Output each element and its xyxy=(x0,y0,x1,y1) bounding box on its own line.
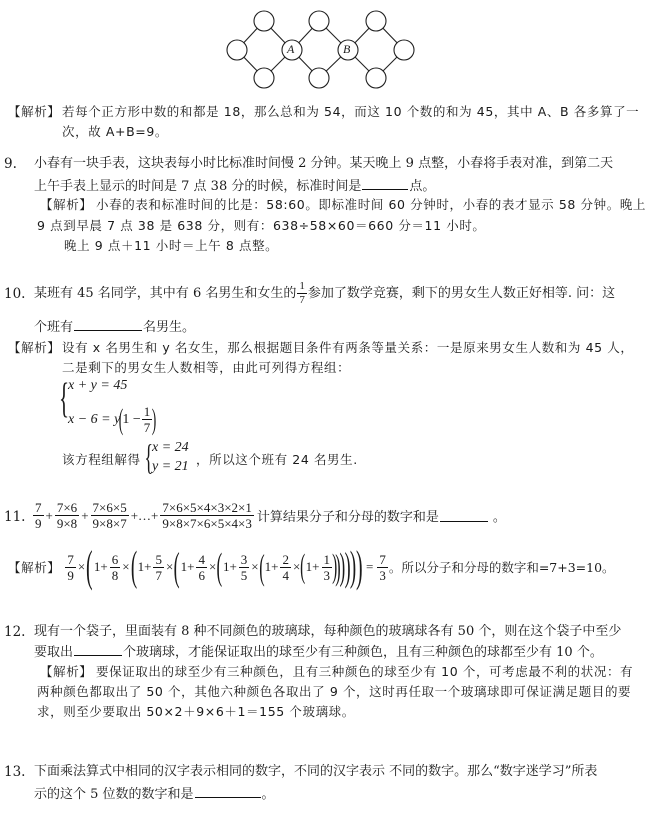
fraction: 68 xyxy=(110,552,121,583)
fraction-denominator: 7 xyxy=(297,294,307,307)
series-expression: 79 + 7×69×8 + 7×6×59×8×7 +…+ 7×6×5×4×3×2… xyxy=(32,500,506,531)
question-text-part: 个班有 xyxy=(34,320,73,335)
solution-conclusion: ，所以这个班有 24 名男生. xyxy=(196,450,358,468)
fraction-numerator: 7 xyxy=(377,552,388,568)
plus-sign: + xyxy=(46,508,53,524)
answer-blank[interactable] xyxy=(74,318,142,331)
fraction-denominator: 8 xyxy=(110,568,121,583)
left-paren: ( xyxy=(119,405,124,435)
analysis-label: 【解析】 xyxy=(8,104,60,120)
answer-blank[interactable] xyxy=(195,785,261,798)
analysis-line: 要保证取出的球至少有三种颜色，且有三种颜色的球至少有 10 个，可考虑最不利的状… xyxy=(96,664,633,680)
one: 1+ xyxy=(223,559,237,575)
fraction: 35 xyxy=(239,552,250,583)
question-text: 个班有名男生。 xyxy=(34,318,195,336)
fraction: 73 xyxy=(377,552,388,583)
solution-y: y = 21 xyxy=(152,459,189,475)
question-number: 13. xyxy=(4,764,25,780)
fraction-numerator: 6 xyxy=(110,552,121,568)
fraction-denominator: 6 xyxy=(196,568,207,583)
fraction-denominator: 7 xyxy=(153,568,164,583)
question-text: 示的这个 5 位数的数字和是。 xyxy=(34,785,275,803)
one: 1+ xyxy=(306,559,320,575)
analysis-label: 【解析】 xyxy=(40,664,92,680)
fraction-denominator: 9×8×7×6×5×4×3 xyxy=(160,516,254,531)
fraction: 57 xyxy=(153,552,164,583)
question-text: 要取出个玻璃球，才能保证取出的球至少有三种颜色，且有三种颜色的球都至少有 10 … xyxy=(34,643,603,661)
analysis-line: 求，则至少要取出 50×2＋9×6＋1＝155 个玻璃球。 xyxy=(37,704,355,720)
equation: x + y = 45 xyxy=(68,378,127,394)
fraction-denominator: 9 xyxy=(65,568,76,583)
fraction: 79 xyxy=(65,552,76,583)
fraction: 17 xyxy=(297,280,307,307)
question-text: 上午手表上显示的时间是 7 点 38 分的时候，标准时间是点。 xyxy=(34,177,435,195)
question-text-part: 某班有 45 名同学，其中有 6 名男生和女生的 xyxy=(34,286,296,301)
equation: x − 6 = y ( 1 − 17 ) xyxy=(68,404,155,435)
times-sign: × xyxy=(78,559,85,575)
fraction-denominator: 9×8×7 xyxy=(91,516,129,531)
fraction-denominator: 3 xyxy=(322,568,333,583)
times-sign: × xyxy=(251,559,258,575)
right-paren: ) xyxy=(152,405,157,435)
solution-line: 该方程组解得 { x = 24 y = 21 ，所以这个班有 24 名男生. xyxy=(62,438,462,478)
one: 1+ xyxy=(265,559,279,575)
answer-blank[interactable] xyxy=(74,643,122,656)
analysis-label: 【解析】 xyxy=(8,558,60,576)
fraction-denominator: 3 xyxy=(377,568,388,583)
times-sign: × xyxy=(166,559,173,575)
question-text-part: 个玻璃球，才能保证取出的球至少有三种颜色，且有三种颜色的球都至少有 10 个。 xyxy=(123,645,603,660)
question-text-part: 上午手表上显示的时间是 7 点 38 分的时候，标准时间是 xyxy=(34,179,361,194)
fraction-numerator: 1 xyxy=(297,280,307,294)
question-text: 现有一个袋子，里面装有 8 种不同颜色的玻璃球，每种颜色的玻璃球各有 50 个，… xyxy=(34,624,621,640)
question-text-part: 点。 xyxy=(409,179,435,194)
fraction-numerator: 7 xyxy=(65,552,76,568)
analysis-line: 若每个正方形中数的和都是 18，那么总和为 54，而这 10 个数的和为 45，… xyxy=(62,104,639,120)
fraction-numerator: 7 xyxy=(33,500,44,516)
diagram-label-b: B xyxy=(343,42,350,57)
times-sign: × xyxy=(122,559,129,575)
analysis-label: 【解析】 xyxy=(8,340,60,356)
question-text-part: 。 xyxy=(262,787,275,802)
fraction-denominator: 7 xyxy=(142,420,153,435)
answer-blank[interactable] xyxy=(440,509,488,522)
question-text-part: 要取出 xyxy=(34,645,73,660)
fraction-numerator: 1 xyxy=(322,552,333,568)
question-text: 小春有一块手表，这块表每小时比标准时间慢 2 分钟。某天晚上 9 点整，小春将手… xyxy=(34,156,613,172)
fraction-denominator: 4 xyxy=(280,568,291,583)
diagram-label-a: A xyxy=(287,42,294,57)
fraction: 46 xyxy=(196,552,207,583)
left-paren: ( xyxy=(300,552,305,582)
analysis-line: 两种颜色都取出了 50 个，其他六种颜色各取出了 9 个，这时再任取一个玻璃球即… xyxy=(37,684,631,700)
left-paren: ( xyxy=(86,552,93,582)
equation-part: 1 − xyxy=(122,412,140,428)
fraction: 24 xyxy=(280,552,291,583)
fraction-numerator: 1 xyxy=(142,404,153,420)
one: 1+ xyxy=(138,559,152,575)
one: 1+ xyxy=(181,559,195,575)
fraction-denominator: 9×8 xyxy=(55,516,79,531)
analysis-line: 小春的表和标准时间的比是：58:60。即标准时间 60 分钟时，小春的表才显示 … xyxy=(96,197,646,213)
analysis-line: 二是剩下的男女生人数相等，由此可列得方程组： xyxy=(62,360,350,376)
solution-prefix: 该方程组解得 xyxy=(62,450,141,468)
fraction: 7×69×8 xyxy=(55,500,79,531)
analysis-line: 设有 x 名男生和 y 名女生，那么根据题目条件有两条等量关系：一是原来男女生人… xyxy=(62,340,633,356)
question-number: 9. xyxy=(4,156,17,172)
question-text-part: 参加了数学竞赛，剩下的男女生人数正好相等. 问：这 xyxy=(308,286,615,301)
left-paren: ( xyxy=(174,552,180,582)
question-text: 下面乘法算式中相同的汉字表示相同的数字，不同的汉字表示 不同的数字。那么“数字迷… xyxy=(34,764,597,780)
diagram-svg xyxy=(222,2,442,94)
equation-part: x − 6 = y xyxy=(68,412,120,428)
fraction-numerator: 7×6×5×4×3×2×1 xyxy=(160,500,254,516)
question-text-part: 示的这个 5 位数的数字和是 xyxy=(34,787,194,802)
fraction-numerator: 7×6 xyxy=(55,500,79,516)
fraction: 13 xyxy=(322,552,333,583)
analysis-label: 【解析】 xyxy=(40,197,92,213)
fraction-denominator: 5 xyxy=(239,568,250,583)
analysis-line: 次，故 A+B=9。 xyxy=(62,124,168,140)
question-text-part: 名男生。 xyxy=(143,320,195,335)
fraction: 17 xyxy=(142,404,153,435)
question-text: 计算结果分子和分母的数字和是 xyxy=(257,506,439,525)
question-text: 某班有 45 名同学，其中有 6 名男生和女生的17参加了数学竞赛，剩下的男女生… xyxy=(34,279,615,309)
fraction-numerator: 7×6×5 xyxy=(91,500,129,516)
left-paren: ( xyxy=(259,552,264,582)
plus-sign: + xyxy=(81,508,88,524)
analysis-expression: 【解析】 79 × ( 1+ 68 × ( 1+ 57 × ( 1+ 46 × … xyxy=(8,545,615,589)
squares-circle-diagram: A B xyxy=(222,2,442,94)
fraction-numerator: 5 xyxy=(153,552,164,568)
analysis-line: 9 点到早晨 7 点 38 是 638 分，则有：638÷58×60＝660 分… xyxy=(37,218,486,234)
times-sign: × xyxy=(209,559,216,575)
equals-sign: = xyxy=(366,559,373,575)
fraction-denominator: 9 xyxy=(33,516,44,531)
left-paren: ( xyxy=(217,552,223,582)
fraction-numerator: 3 xyxy=(239,552,250,568)
fraction-numerator: 4 xyxy=(196,552,207,568)
one: 1+ xyxy=(94,559,108,575)
question-text-end: 。 xyxy=(493,506,506,525)
fraction: 79 xyxy=(33,500,44,531)
analysis-conclusion: 。所以分子和分母的数字和=7+3=10。 xyxy=(389,558,615,576)
right-paren: ) xyxy=(356,552,363,582)
fraction: 7×6×5×4×3×2×19×8×7×6×5×4×3 xyxy=(160,500,254,531)
left-paren: ( xyxy=(130,552,136,582)
question-number: 10. xyxy=(4,286,25,302)
question-number: 11. xyxy=(4,509,25,525)
analysis-line: 晚上 9 点＋11 小时＝上午 8 点整。 xyxy=(64,238,278,254)
fraction: 7×6×59×8×7 xyxy=(91,500,129,531)
ellipsis: +…+ xyxy=(131,508,159,524)
fraction-numerator: 2 xyxy=(280,552,291,568)
question-number: 12. xyxy=(4,624,25,640)
solution-x: x = 24 xyxy=(152,440,189,456)
answer-blank[interactable] xyxy=(362,177,408,190)
